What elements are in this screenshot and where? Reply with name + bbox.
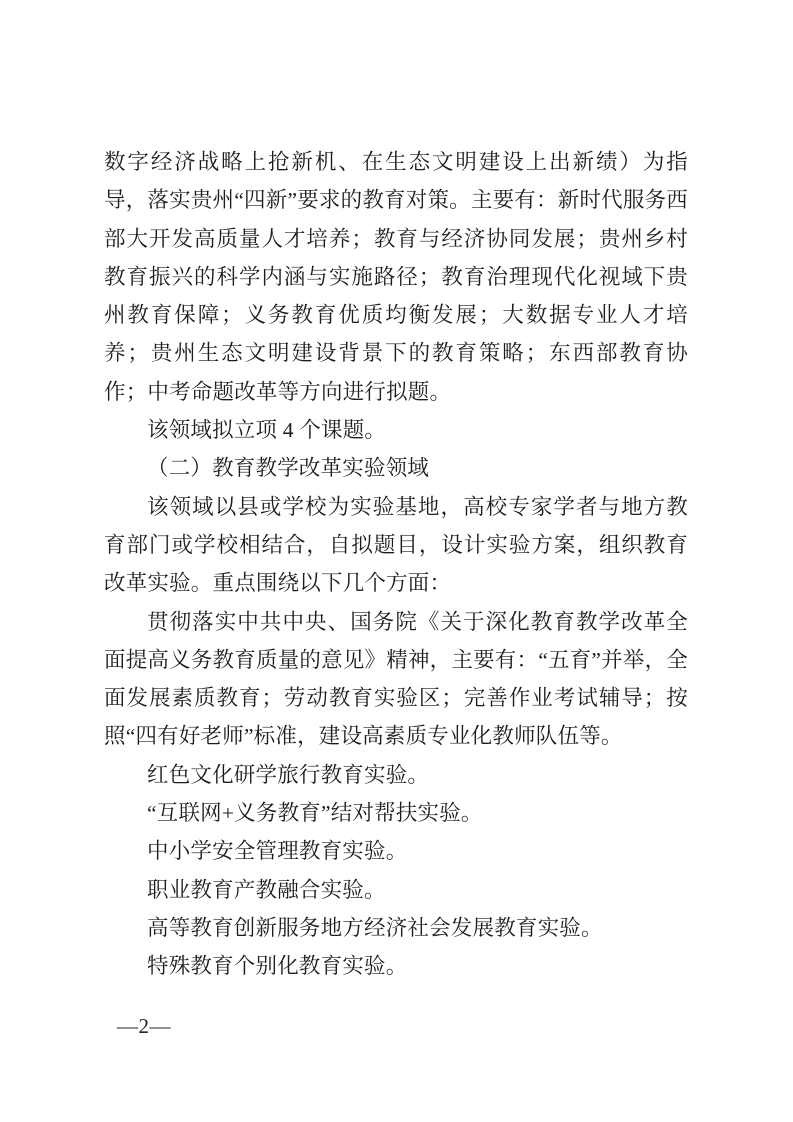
list-item-experiment-special-education: 特殊教育个别化教育实验。 [104, 947, 688, 985]
paragraph-experiment-basis: 该领域以县或学校为实验基地，高校专家学者与地方教育部门或学校相结合，自拟题目，设… [104, 488, 688, 603]
paragraph-guiding-topics: 数字经济战略上抢新机、在生态文明建设上出新绩）为指导，落实贵州“四新”要求的教育… [104, 143, 688, 411]
document-body: 数字经济战略上抢新机、在生态文明建设上出新绩）为指导，落实贵州“四新”要求的教育… [104, 143, 688, 986]
document-page: 数字经济战略上抢新机、在生态文明建设上出新绩）为指导，落实贵州“四新”要求的教育… [0, 0, 793, 1122]
list-item-experiment-school-safety: 中小学安全管理教育实验。 [104, 832, 688, 870]
list-item-experiment-red-culture: 红色文化研学旅行教育实验。 [104, 756, 688, 794]
section-heading-2: （二）教育教学改革实验领域 [104, 449, 688, 487]
paragraph-implementation-focus: 贯彻落实中共中央、国务院《关于深化教育教学改革全面提高义务教育质量的意见》精神，… [104, 603, 688, 756]
paragraph-project-count: 该领域拟立项 4 个课题。 [104, 411, 688, 449]
page-number: —2— [117, 1013, 171, 1039]
list-item-experiment-vocational-integration: 职业教育产教融合实验。 [104, 871, 688, 909]
list-item-experiment-internet-education: “互联网+义务教育”结对帮扶实验。 [104, 794, 688, 832]
list-item-experiment-higher-education: 高等教育创新服务地方经济社会发展教育实验。 [104, 909, 688, 947]
